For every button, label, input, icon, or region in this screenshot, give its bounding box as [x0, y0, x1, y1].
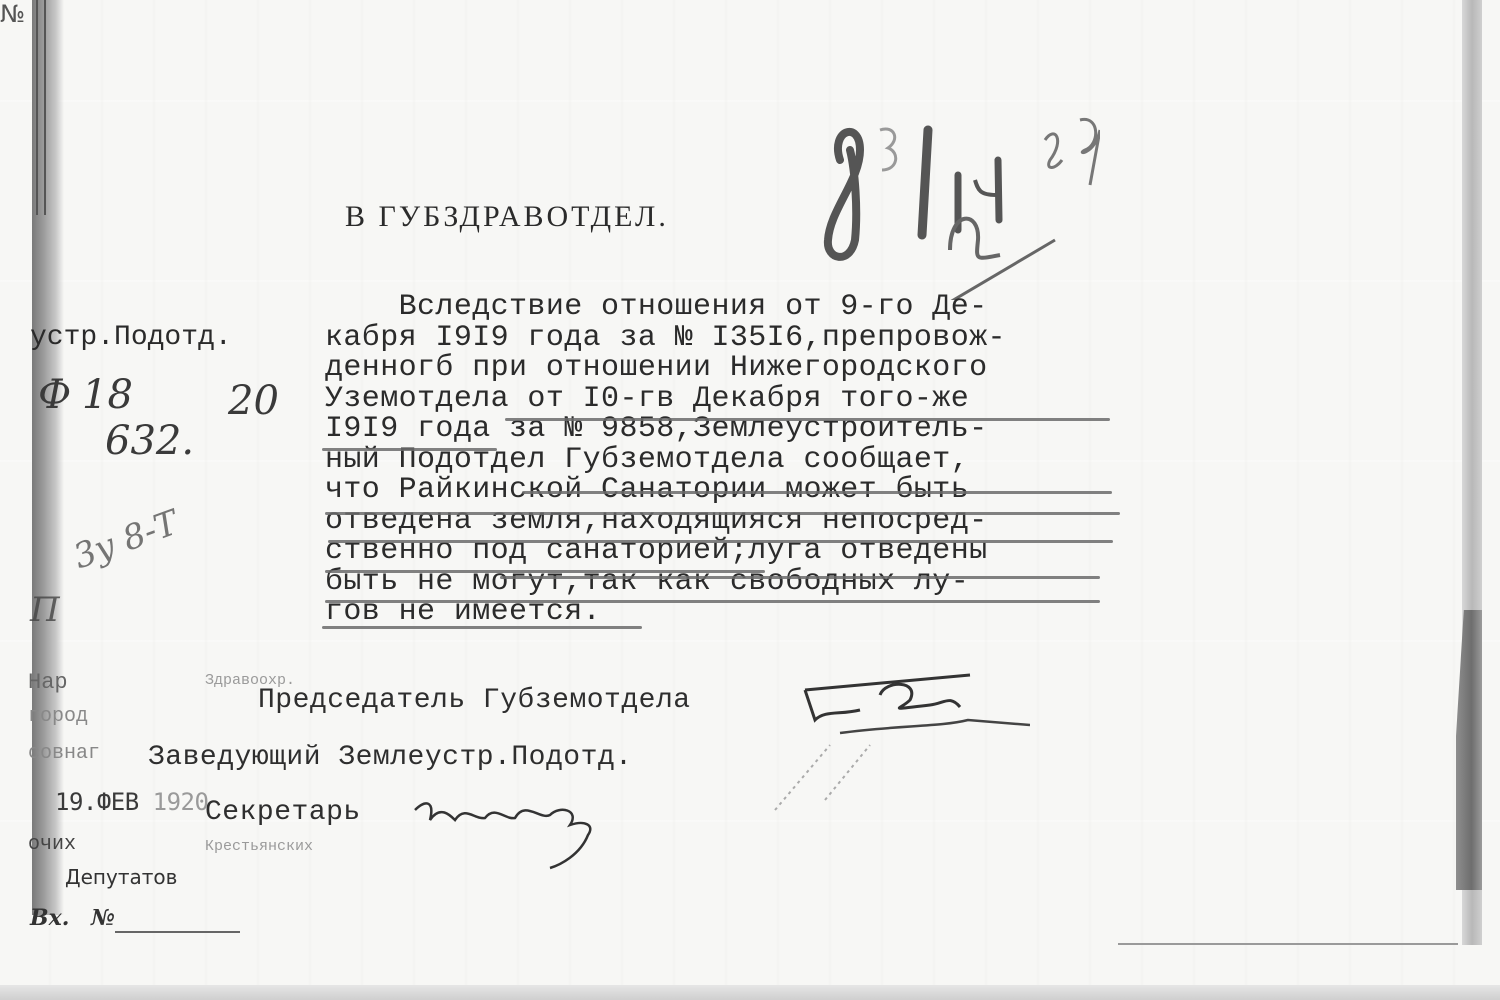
pencil-strokes — [770, 725, 890, 815]
bottom-edge-line — [1118, 943, 1458, 945]
chairman-label: Председатель Губземотдела — [258, 685, 691, 716]
scan-bottom-band — [0, 985, 1500, 1000]
stamp-date-day-month: 19.ФЕВ — [55, 788, 139, 816]
incoming-number-sign: № — [91, 905, 115, 931]
incoming-label: Вх. — [30, 905, 69, 931]
body-line: Уземотдела от I0-гв Декабря того-же — [325, 384, 1125, 415]
stamp-line-1-faded: Здравоохр. — [205, 672, 295, 689]
stamp-line-1: Нар — [28, 670, 68, 695]
body-line: денногб при отношении Нижегородского — [325, 353, 1125, 384]
binding-edge-line — [36, 0, 46, 215]
stamp-line-4-faded: Крестьянских — [205, 838, 313, 855]
secretary-signature — [410, 790, 610, 870]
body-line: кабря I9I9 года за № I35I6,препровож- — [325, 323, 1125, 354]
margin-pencil-note: 3у 8-Т — [68, 503, 183, 578]
margin-number-sign: № — [0, 0, 1500, 28]
pencil-underline — [325, 570, 765, 573]
margin-pencil-mark: П — [30, 590, 60, 630]
incoming-number-blank — [115, 931, 240, 933]
body-line: отведена земля,находящияся непосред- — [325, 506, 1125, 537]
pencil-underline — [505, 418, 1110, 421]
stamp-line-3: совнаг — [28, 742, 100, 765]
pencil-underline — [522, 491, 1112, 494]
pencil-underline — [325, 600, 1100, 603]
stamp-incoming-label: Вх. № — [30, 905, 115, 931]
scanned-document-page: В ГУБЗДРАВОТДЕЛ. устр.Подотд. Ф 18 20 № … — [0, 0, 1500, 1000]
pencil-underline — [322, 448, 497, 451]
body-line: Вследствие отношения от 9-го Де- — [325, 292, 1125, 323]
margin-registration-number: 632. — [105, 418, 194, 464]
pencil-underline — [325, 512, 1120, 515]
handwritten-registration-mark — [800, 100, 1100, 300]
pencil-underline — [328, 540, 1113, 543]
pencil-underline — [322, 626, 642, 629]
stamp-line-2: город — [28, 705, 88, 728]
stamp-date-year: 1920 — [153, 788, 209, 816]
margin-date-prefix: Ф — [38, 372, 71, 418]
pencil-underline — [500, 576, 1100, 579]
right-page-tear — [1456, 610, 1482, 890]
stamp-deputies: Депутатов — [65, 865, 177, 889]
head-of-subdepartment-label: Заведующий Землеустр.Подотд. — [148, 742, 632, 773]
secretary-label: Секретарь — [205, 797, 361, 828]
stamp-date: 19.ФЕВ 1920 — [55, 788, 208, 816]
margin-department-header: устр.Подотд. — [30, 322, 232, 353]
chairman-signature — [800, 655, 1030, 735]
stamp-line-4: очих — [28, 833, 76, 856]
margin-date-day: 18 — [82, 372, 133, 418]
margin-date-year: 20 — [228, 378, 279, 424]
addressee-heading: В ГУБЗДРАВОТДЕЛ. — [345, 200, 669, 234]
